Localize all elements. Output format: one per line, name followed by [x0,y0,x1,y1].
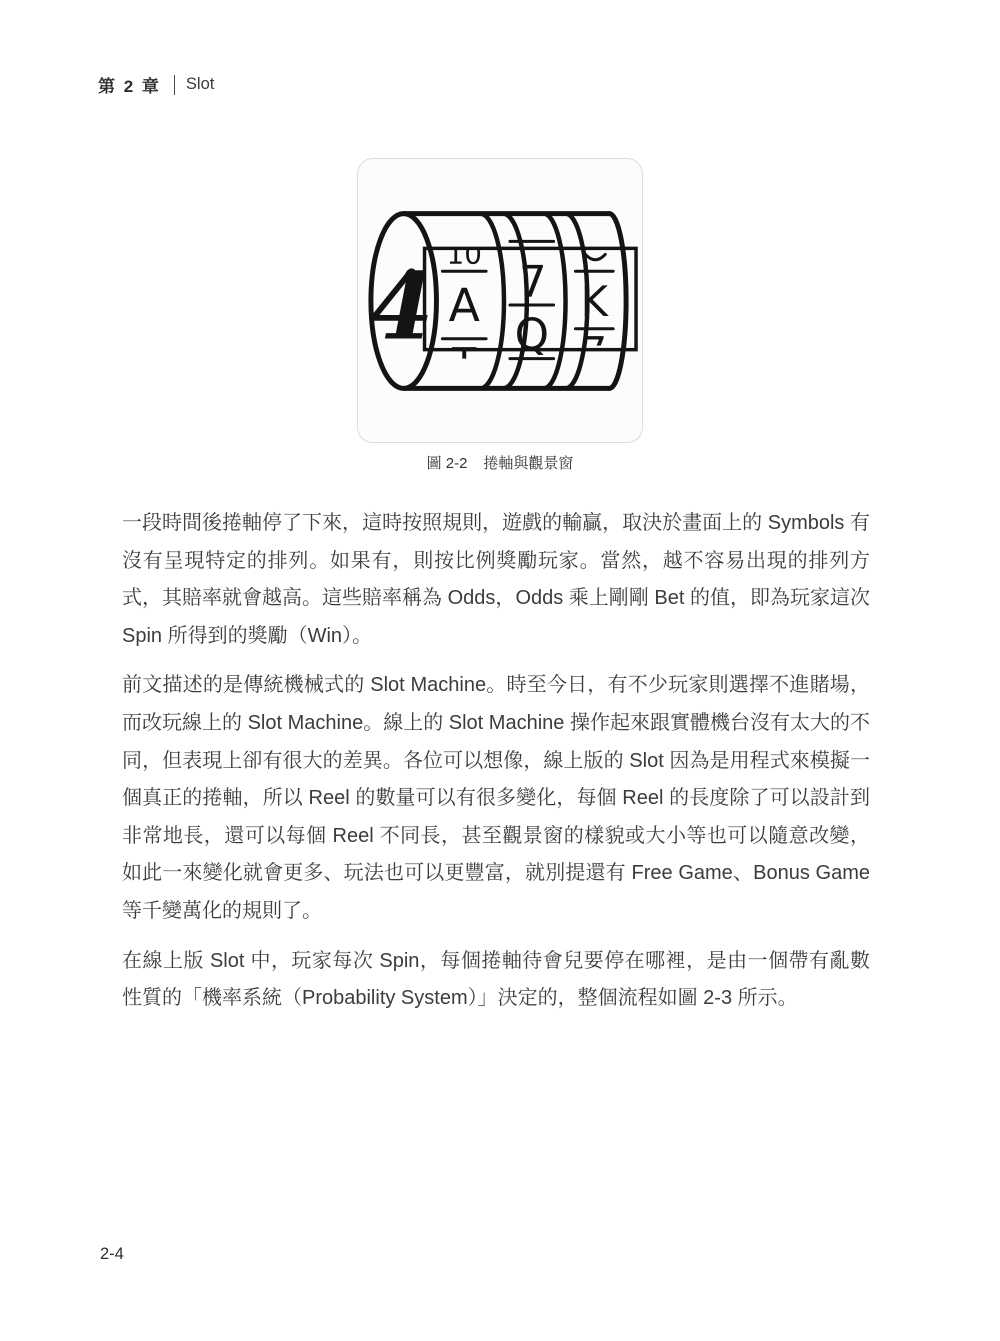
book-page: 第 2 章 Slot 4 [0,0,1000,1341]
figure-caption-label: 圖 2-2 [427,455,468,472]
reel-2-symbols: 7 Q [510,241,554,360]
book-title: Slot [186,75,214,94]
reel3-main-symbol: K [581,277,610,326]
page-header: 第 2 章 Slot [98,72,214,97]
reel1-partial-top-symbol: 10 [447,237,482,270]
figure-caption: 圖 2-2捲軸與觀景窗 [0,452,1000,473]
slot-reel-figure: 4 10 A T 7 Q [358,159,642,442]
page-number: 2-4 [100,1245,124,1264]
body-text: 一段時間後捲軸停了下來，這時按照規則，遊戲的輸贏，取決於畫面上的 Symbols… [122,505,870,1030]
reel2-bottom-symbol: Q [515,310,549,361]
paragraph-3: 在線上版 Slot 中，玩家每次 Spin，每個捲軸待會兒要停在哪裡，是由一個帶… [122,943,870,1018]
figure-card: 4 10 A T 7 Q [357,158,643,443]
reel2-top-symbol: 7 [519,257,547,308]
reel3-partial-bottom-symbol: 7 [582,330,607,376]
chapter-label: 第 2 章 [98,72,161,97]
reel1-main-symbol: A [449,279,480,332]
reel-divider-arc [544,214,566,389]
reel-1-symbols: 10 A T [442,237,486,386]
figure-caption-text: 捲軸與觀景窗 [483,455,573,472]
paragraph-2: 前文描述的是傳統機械式的 Slot Machine。時至今日，有不少玩家則選擇不… [122,667,870,930]
cylinder-right-cap [609,214,626,389]
reel1-partial-bottom-symbol: T [451,340,477,386]
reel3-partial-top-arc [585,254,605,259]
reel-divider-arc [480,214,504,389]
header-divider [174,75,175,95]
paragraph-1: 一段時間後捲軸停了下來，這時按照規則，遊戲的輸贏，取決於畫面上的 Symbols… [122,505,870,655]
